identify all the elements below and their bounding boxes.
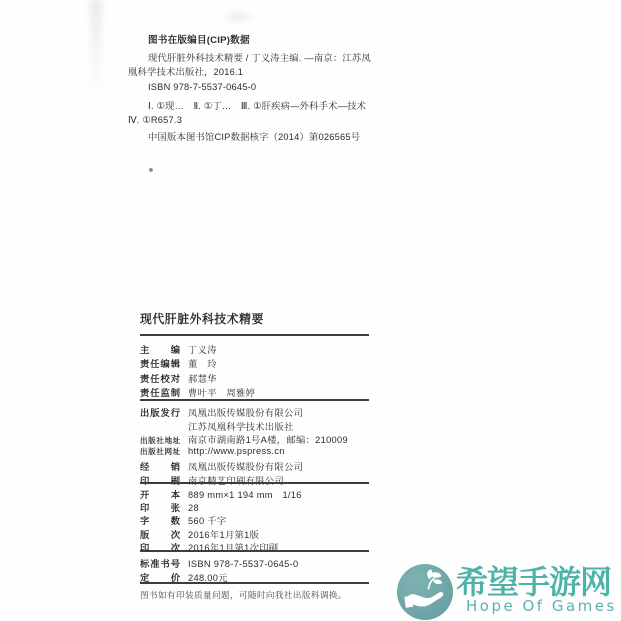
watermark-badge: [397, 564, 453, 620]
row-label: 出版社网址: [140, 446, 180, 457]
watermark-title-en: Hope Of Games: [466, 597, 617, 615]
book-copyright-page: 图书在版编目(CIP)数据 现代肝脏外科技术精要 / 丁义涛主编. —南京：江苏…: [0, 0, 621, 621]
colophon-row: 出版发行 凤凰出版传媒股份有限公司: [140, 405, 369, 419]
divider-rule: [140, 482, 369, 484]
site-watermark: 希望手游网 Hope Of Games: [394, 556, 621, 621]
colophon-row: 出版社地址 南京市湖南路1号A楼，邮编：210009: [140, 432, 369, 446]
colophon-row: 印张 28: [140, 500, 369, 513]
printed-content: 图书在版编目(CIP)数据 现代肝脏外科技术精要 / 丁义涛主编. —南京：江苏…: [0, 0, 621, 621]
row-label: 主编: [140, 342, 180, 356]
colophon-row: 责任校对 郝慧华: [140, 371, 369, 385]
book-title: 现代肝脏外科技术精要: [140, 310, 264, 327]
row-label: 责任校对: [140, 371, 180, 385]
row-label: 印张: [140, 500, 180, 514]
row-value: 董 玲: [188, 356, 217, 370]
colophon-row: 开本 889 mm×1 194 mm 1/16: [140, 487, 369, 500]
cip-classification-line2: Ⅳ. ①R657.3: [128, 115, 182, 126]
cip-publisher-line: 凰科学技术出版社，2016.1: [128, 67, 243, 78]
cip-classification-line1: Ⅰ. ①现… Ⅱ. ①丁… Ⅲ. ①肝疾病—外科手术—技术: [148, 101, 366, 112]
row-label: 出版社地址: [140, 435, 180, 446]
row-value: 560 千字: [188, 513, 227, 527]
row-value: 郝慧华: [188, 371, 217, 385]
row-value: http://www.pspress.cn: [188, 446, 285, 456]
row-label: 责任编辑: [140, 356, 180, 370]
colophon-row: 江苏凤凰科学技术出版社: [140, 419, 369, 433]
hand-holding-leaf-icon: [403, 568, 447, 617]
row-value: 凤凰出版传媒股份有限公司: [188, 459, 303, 473]
row-value: 2016年1月第1版: [188, 527, 259, 541]
cip-title-line: 现代肝脏外科技术精要 / 丁义涛主编. —南京：江苏凤: [148, 53, 371, 64]
pricing-rows: 标准书号 ISBN 978-7-5537-0645-0 定价 248.00元: [140, 556, 369, 584]
printing-rows: 开本 889 mm×1 194 mm 1/16 印张 28 字数 560 千字 …: [140, 487, 369, 553]
colophon-row: 字数 560 千字: [140, 513, 369, 526]
row-label: 印刷: [140, 473, 180, 487]
quality-note: 图书如有印装质量问题，可随时向我社出版科调换。: [140, 589, 347, 601]
cip-header: 图书在版编目(CIP)数据: [148, 35, 250, 46]
row-value: 889 mm×1 194 mm 1/16: [188, 487, 302, 501]
row-label: 字数: [140, 513, 180, 527]
colophon-row: 经销 凤凰出版传媒股份有限公司: [140, 459, 369, 473]
row-label: 版次: [140, 527, 180, 541]
row-label: 出版发行: [140, 405, 180, 419]
row-label: 责任监制: [140, 385, 180, 399]
row-value: ISBN 978-7-5537-0645-0: [188, 559, 298, 569]
ink-speck: [149, 168, 153, 172]
row-value: 江苏凤凰科学技术出版社: [188, 419, 294, 433]
row-value: 28: [188, 503, 199, 513]
colophon-row: 出版社网址 http://www.pspress.cn: [140, 446, 369, 460]
row-value: 凤凰出版传媒股份有限公司: [188, 405, 303, 419]
divider-rule: [140, 399, 369, 401]
cip-isbn: ISBN 978-7-5537-0645-0: [148, 82, 256, 93]
colophon-row: 责任编辑 董 玲: [140, 356, 369, 370]
publishing-rows: 出版发行 凤凰出版传媒股份有限公司 江苏凤凰科学技术出版社 出版社地址 南京市湖…: [140, 405, 369, 487]
divider-rule: [140, 334, 369, 336]
row-value: 丁义涛: [188, 342, 217, 356]
staff-rows: 主编 丁义涛 责任编辑 董 玲 责任校对 郝慧华 责任监制 曹叶平 周雅婷: [140, 342, 369, 400]
divider-rule: [140, 582, 369, 584]
colophon-row: 印刷 南京精艺印刷有限公司: [140, 473, 369, 487]
colophon-row: 主编 丁义涛: [140, 342, 369, 356]
row-value: 南京市湖南路1号A楼，邮编：210009: [188, 432, 348, 446]
divider-rule: [140, 550, 369, 552]
colophon-row: 版次 2016年1月第1版: [140, 527, 369, 540]
row-label: 标准书号: [140, 556, 180, 570]
row-label: 开本: [140, 487, 180, 501]
row-value: 南京精艺印刷有限公司: [188, 473, 284, 487]
cip-record-number: 中国版本图书馆CIP数据核字（2014）第026565号: [148, 132, 360, 143]
row-label: 经销: [140, 459, 180, 473]
row-value: 曹叶平 周雅婷: [188, 385, 255, 399]
colophon-row: 责任监制 曹叶平 周雅婷: [140, 385, 369, 399]
colophon-row: 标准书号 ISBN 978-7-5537-0645-0: [140, 556, 369, 570]
